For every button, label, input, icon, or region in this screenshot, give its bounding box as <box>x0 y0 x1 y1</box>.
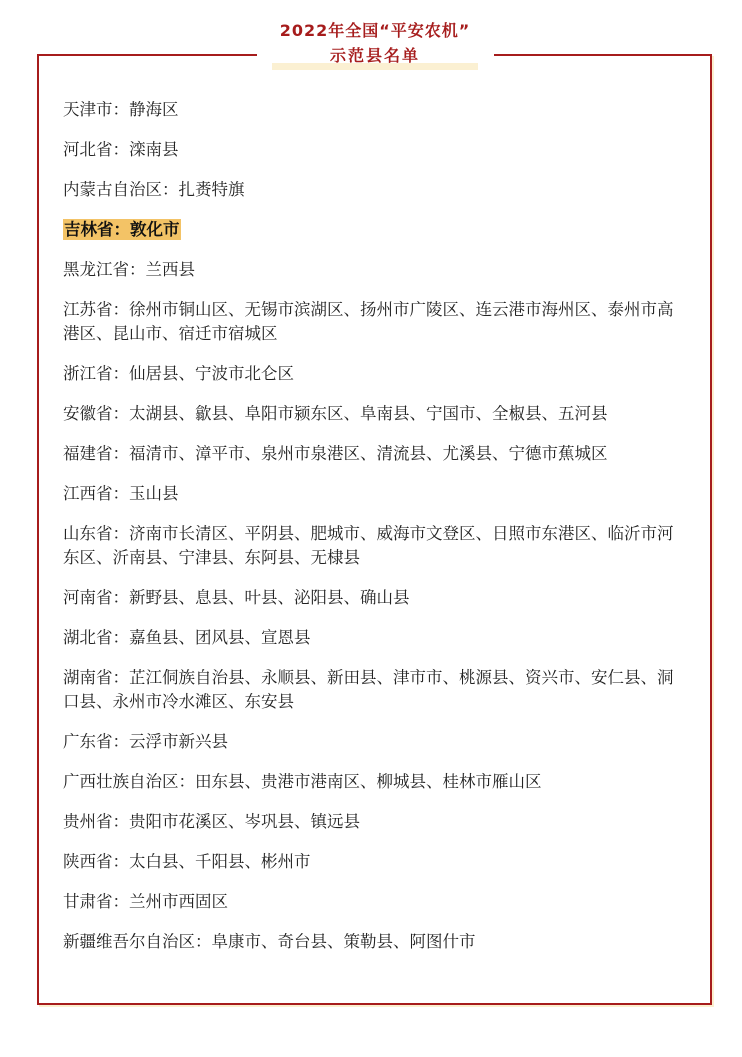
province-label: 新疆维吾尔自治区 <box>63 932 195 951</box>
county-names: 静海区 <box>129 100 179 119</box>
list-item-hunan: 湖南省：芷江侗族自治县、永顺县、新田县、津市市、桃源县、资兴市、安仁县、洞口县、… <box>63 666 688 714</box>
list-item-fujian: 福建省：福清市、漳平市、泉州市泉港区、清流县、尤溪县、宁德市蕉城区 <box>63 442 688 466</box>
list-item-hebei: 河北省：滦南县 <box>63 138 688 162</box>
list-item-jilin-highlighted: 吉林省：敦化市 <box>63 218 688 242</box>
county-names: 扎赉特旗 <box>179 180 245 199</box>
separator: ： <box>195 932 212 951</box>
county-names: 福清市、漳平市、泉州市泉港区、清流县、尤溪县、宁德市蕉城区 <box>129 444 608 463</box>
list-item-shaanxi: 陕西省：太白县、千阳县、彬州市 <box>63 850 688 874</box>
county-list: 天津市：静海区 河北省：滦南县 内蒙古自治区：扎赉特旗 吉林省：敦化市 黑龙江省… <box>63 98 688 970</box>
separator: ： <box>113 524 130 543</box>
province-label: 湖南省 <box>63 668 113 687</box>
separator: ： <box>113 628 130 647</box>
province-label: 广东省 <box>63 732 113 751</box>
county-names: 太湖县、歙县、阜阳市颍东区、阜南县、宁国市、全椒县、五河县 <box>129 404 608 423</box>
province-label: 黑龙江省 <box>63 260 129 279</box>
separator: ： <box>114 220 131 239</box>
list-item-hubei: 湖北省：嘉鱼县、团风县、宣恩县 <box>63 626 688 650</box>
county-names: 嘉鱼县、团风县、宣恩县 <box>129 628 311 647</box>
separator: ： <box>113 812 130 831</box>
county-names: 太白县、千阳县、彬州市 <box>129 852 311 871</box>
county-names: 徐州市铜山区、无锡市滨湖区、扬州市广陵区、连云港市海州区、泰州市高港区、昆山市、… <box>63 300 674 343</box>
separator: ： <box>113 300 130 319</box>
page-title: 2022年全国“平安农机” 示范县名单 <box>200 18 550 70</box>
province-label: 甘肃省 <box>63 892 113 911</box>
province-label: 福建省 <box>63 444 113 463</box>
county-names: 济南市长清区、平阴县、肥城市、威海市文登区、日照市东港区、临沂市河东区、沂南县、… <box>63 524 674 567</box>
province-label: 河南省 <box>63 588 113 607</box>
list-item-jiangxi: 江西省：玉山县 <box>63 482 688 506</box>
title-line-2: 示范县名单 <box>200 44 550 68</box>
county-names: 滦南县 <box>129 140 179 159</box>
title-line-1: 2022年全国“平安农机” <box>200 18 550 44</box>
county-names: 贵阳市花溪区、岑巩县、镇远县 <box>129 812 360 831</box>
province-label: 广西壮族自治区 <box>63 772 179 791</box>
separator: ： <box>113 732 130 751</box>
list-item-guizhou: 贵州省：贵阳市花溪区、岑巩县、镇远县 <box>63 810 688 834</box>
province-label: 湖北省 <box>63 628 113 647</box>
county-names: 新野县、息县、叶县、泌阳县、确山县 <box>129 588 410 607</box>
province-label: 浙江省 <box>63 364 113 383</box>
county-names: 云浮市新兴县 <box>129 732 228 751</box>
list-item-henan: 河南省：新野县、息县、叶县、泌阳县、确山县 <box>63 586 688 610</box>
list-item-shandong: 山东省：济南市长清区、平阴县、肥城市、威海市文登区、日照市东港区、临沂市河东区、… <box>63 522 688 570</box>
county-names: 田东县、贵港市港南区、柳城县、桂林市雁山区 <box>195 772 542 791</box>
separator: ： <box>113 140 130 159</box>
list-item-guangxi: 广西壮族自治区：田东县、贵港市港南区、柳城县、桂林市雁山区 <box>63 770 688 794</box>
province-label: 天津市 <box>63 100 113 119</box>
separator: ： <box>113 588 130 607</box>
list-item-anhui: 安徽省：太湖县、歙县、阜阳市颍东区、阜南县、宁国市、全椒县、五河县 <box>63 402 688 426</box>
county-names: 玉山县 <box>129 484 179 503</box>
list-item-heilongjiang: 黑龙江省：兰西县 <box>63 258 688 282</box>
province-label: 江西省 <box>63 484 113 503</box>
separator: ： <box>113 668 130 687</box>
county-names: 兰西县 <box>146 260 196 279</box>
separator: ： <box>113 852 130 871</box>
separator: ： <box>129 260 146 279</box>
province-label: 江苏省 <box>63 300 113 319</box>
list-item-guangdong: 广东省：云浮市新兴县 <box>63 730 688 754</box>
county-names: 芷江侗族自治县、永顺县、新田县、津市市、桃源县、资兴市、安仁县、洞口县、永州市冷… <box>63 668 674 711</box>
list-item-inner-mongolia: 内蒙古自治区：扎赉特旗 <box>63 178 688 202</box>
province-label: 吉林省 <box>64 220 114 239</box>
separator: ： <box>113 404 130 423</box>
list-item-gansu: 甘肃省：兰州市西固区 <box>63 890 688 914</box>
county-names: 敦化市 <box>130 220 180 239</box>
province-label: 河北省 <box>63 140 113 159</box>
county-names: 仙居县、宁波市北仑区 <box>129 364 294 383</box>
list-item-xinjiang: 新疆维吾尔自治区：阜康市、奇台县、策勒县、阿图什市 <box>63 930 688 954</box>
separator: ： <box>162 180 179 199</box>
province-label: 山东省 <box>63 524 113 543</box>
province-label: 内蒙古自治区 <box>63 180 162 199</box>
county-names: 阜康市、奇台县、策勒县、阿图什市 <box>212 932 476 951</box>
separator: ： <box>113 100 130 119</box>
highlight-mark: 吉林省：敦化市 <box>63 219 181 240</box>
list-item-tianjin: 天津市：静海区 <box>63 98 688 122</box>
separator: ： <box>113 892 130 911</box>
separator: ： <box>113 364 130 383</box>
separator: ： <box>179 772 196 791</box>
separator: ： <box>113 444 130 463</box>
list-item-zhejiang: 浙江省：仙居县、宁波市北仑区 <box>63 362 688 386</box>
province-label: 贵州省 <box>63 812 113 831</box>
province-label: 陕西省 <box>63 852 113 871</box>
list-item-jiangsu: 江苏省：徐州市铜山区、无锡市滨湖区、扬州市广陵区、连云港市海州区、泰州市高港区、… <box>63 298 688 346</box>
province-label: 安徽省 <box>63 404 113 423</box>
separator: ： <box>113 484 130 503</box>
county-names: 兰州市西固区 <box>129 892 228 911</box>
